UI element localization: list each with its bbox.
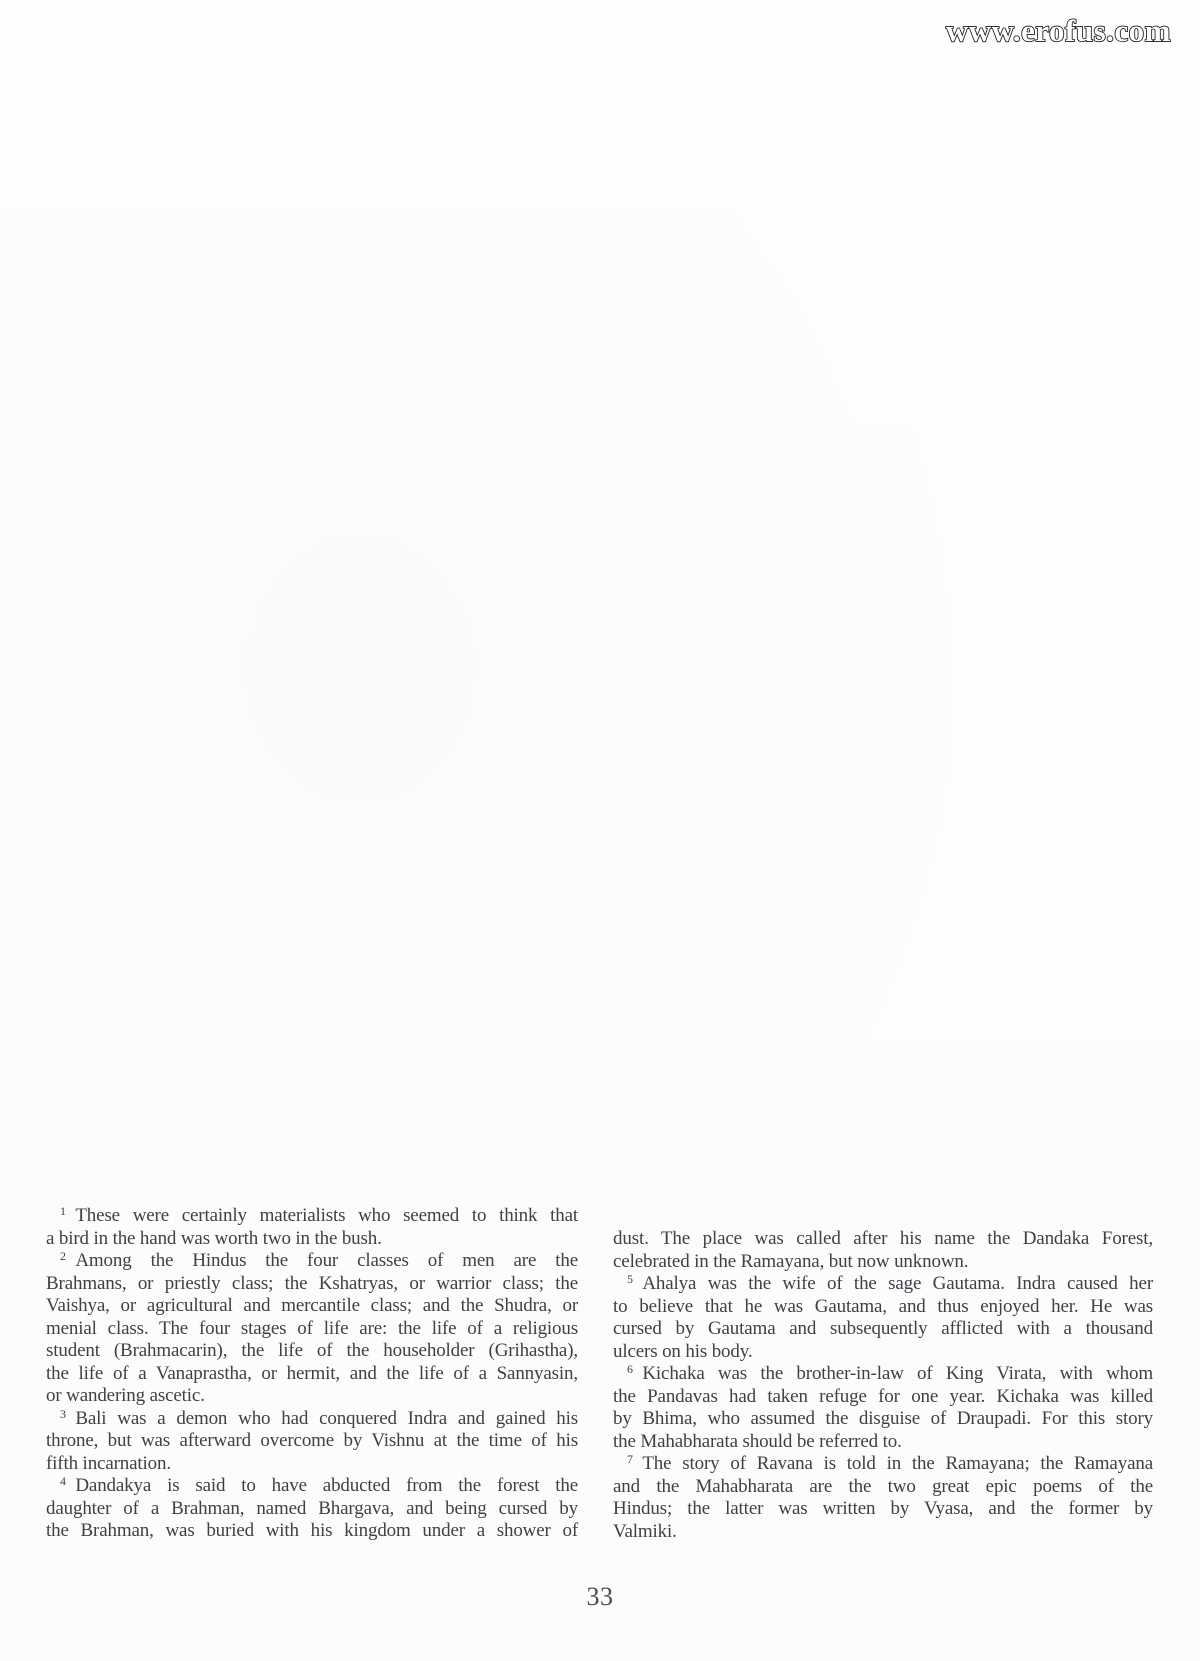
page-number: 33 (0, 1582, 1200, 1612)
footnotes-right-column: dust. The place was called after his nam… (613, 1228, 1153, 1543)
footnote-line: the life of a Vanaprastha, or hermit, an… (46, 1363, 578, 1386)
footnote-line: or wandering ascetic. (46, 1385, 578, 1408)
footnote-number: 2 (60, 1249, 66, 1263)
footnote-line: daughter of a Brahman, named Bhargava, a… (46, 1498, 578, 1521)
footnote-line: a bird in the hand was worth two in the … (46, 1228, 578, 1251)
footnote-number: 1 (60, 1204, 66, 1218)
footnote-line: to believe that he was Gautama, and thus… (613, 1296, 1153, 1319)
footnote-line: Hindus; the latter was written by Vyasa,… (613, 1498, 1153, 1521)
footnote-line: 2 Among the Hindus the four classes of m… (46, 1250, 578, 1273)
footnote-line: cursed by Gautama and subsequently affli… (613, 1318, 1153, 1341)
footnote-line: by Bhima, who assumed the disguise of Dr… (613, 1408, 1153, 1431)
footnote-line: ulcers on his body. (613, 1341, 1153, 1364)
footnote-number: 5 (627, 1272, 633, 1286)
footnote-line: 6 Kichaka was the brother-in-law of King… (613, 1363, 1153, 1386)
footnote-line: and the Mahabharata are the two great ep… (613, 1476, 1153, 1499)
footnote-line: dust. The place was called after his nam… (613, 1228, 1153, 1251)
footnote-line: student (Brahmacarin), the life of the h… (46, 1340, 578, 1363)
footnote-line: the Brahman, was buried with his kingdom… (46, 1520, 578, 1543)
footnote-line: 1 These were certainly materialists who … (46, 1205, 578, 1228)
footnote-line: the Pandavas had taken refuge for one ye… (613, 1386, 1153, 1409)
footnote-line: 4 Dandakya is said to have abducted from… (46, 1475, 578, 1498)
footnote-number: 4 (60, 1474, 66, 1488)
footnote-line: fifth incarnation. (46, 1453, 578, 1476)
footnote-line: menial class. The four stages of life ar… (46, 1318, 578, 1341)
footnotes-left-column: 1 These were certainly materialists who … (46, 1205, 578, 1543)
footnote-number: 6 (627, 1362, 633, 1376)
footnote-line: the Mahabharata should be referred to. (613, 1431, 1153, 1454)
watermark-text: www.erofus.com (946, 13, 1171, 49)
footnote-number: 3 (60, 1407, 66, 1421)
footnotes-section: 1 These were certainly materialists who … (46, 1205, 1153, 1543)
footnote-line: 7 The story of Ravana is told in the Ram… (613, 1453, 1153, 1476)
footnote-line: Brahmans, or priestly class; the Kshatry… (46, 1273, 578, 1296)
footnote-number: 7 (627, 1452, 633, 1466)
footnote-line: Valmiki. (613, 1521, 1153, 1544)
footnote-line: 3 Bali was a demon who had conquered Ind… (46, 1408, 578, 1431)
footnote-line: Vaishya, or agricultural and mercantile … (46, 1295, 578, 1318)
footnote-line: 5 Ahalya was the wife of the sage Gautam… (613, 1273, 1153, 1296)
footnote-line: throne, but was afterward overcome by Vi… (46, 1430, 578, 1453)
footnote-line: celebrated in the Ramayana, but now unkn… (613, 1251, 1153, 1274)
